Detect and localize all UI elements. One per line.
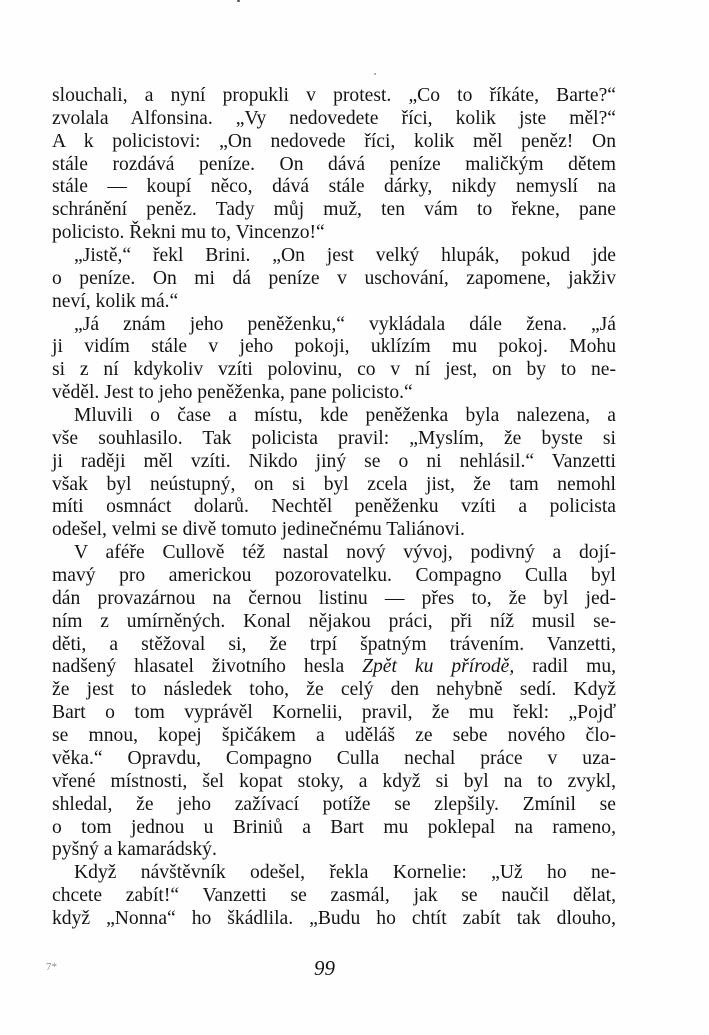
book-page: slouchali, a nyní propukli v protest. „C… [0,0,709,1035]
scan-speck [374,73,376,75]
text-line: pyšný a kamarádský. [52,839,616,862]
text-line: věděl. Jest to jeho peněženka, pane poli… [52,382,616,405]
text-line: míti osmnáct dolarů. Nechtěl peněženku v… [52,496,616,519]
text-line: neví, kolik má.“ [52,291,616,314]
body-text: slouchali, a nyní propukli v protest. „C… [52,85,616,931]
text-line: o peníze. On mi dá peníze v uschování, z… [52,268,616,291]
text-line: Když návštěvník odešel, řekla Kornelie: … [52,862,616,885]
text-line: se mnou, kopej špičákem a uděláš ze sebe… [52,725,616,748]
text-line: však byl neústupný, on si byl zcela jist… [52,474,616,497]
text-line: si z ní kdykoliv vzíti polovinu, co v ní… [52,359,616,382]
text-line: zvolala Alfonsina. „Vy nedovedete říci, … [52,108,616,131]
text-line: stále — koupí něco, dává stále dárky, ni… [52,176,616,199]
text-line: odešel, velmi se divě tomuto jedinečnému… [52,519,616,542]
text-line: mavý pro americkou pozorovatelku. Compag… [52,565,616,588]
text-line: že jest to následek toho, že celý den ne… [52,679,616,702]
text-line: slouchali, a nyní propukli v protest. „C… [52,85,616,108]
text-segment: nadšený hlasatel životního hesla [52,656,362,677]
text-line: Mluvili o čase a místu, kde peněženka by… [52,405,616,428]
text-line: děti, a stěžoval si, že trpí špatným trá… [52,634,616,657]
text-line: vše souhlasilo. Tak policista pravil: „M… [52,428,616,451]
text-line: Bart o tom vyprávěl Kornelii, pravil, že… [52,702,616,725]
text-line: A k policistovi: „On nedovede říci, koli… [52,131,616,154]
text-line: o tom jednou u Briniů a Bart mu poklepal… [52,817,616,840]
text-line: ním z umírněných. Konal nějakou práci, p… [52,611,616,634]
text-line: ji vidím stále v jeho pokoji, uklízím mu… [52,336,616,359]
text-segment: radil mu, [514,656,616,677]
text-line: shledal, že jeho zažívací potíže se zlep… [52,794,616,817]
text-line: schránění peněz. Tady můj muž, ten vám t… [52,199,616,222]
text-line: policisto. Řekni mu to, Vincenzo!“ [52,222,616,245]
text-line: „Jistě,“ řekl Brini. „On jest velký hlup… [52,245,616,268]
printer-signature-mark: 7* [46,961,57,973]
text-line: když „Nonna“ ho škádlila. „Budu ho chtít… [52,908,616,931]
text-line: stále rozdává peníze. On dává peníze mal… [52,154,616,177]
text-line: vřené místnosti, šel kopat stoky, a když… [52,771,616,794]
text-line: chcete zabít!“ Vanzetti se zasmál, jak s… [52,885,616,908]
text-line: „Já znám jeho peněženku,“ vykládala dále… [52,314,616,337]
italic-motto: Zpět ku přírodě, [362,656,514,677]
scan-speck [237,0,240,2]
text-line: dán provazárnou na černou listinu — přes… [52,588,616,611]
text-line: ji raději měl vzíti. Nikdo jiný se o ni … [52,451,616,474]
text-line: věka.“ Opravdu, Compagno Culla nechal pr… [52,748,616,771]
page-number: 99 [314,956,335,981]
text-line: V aféře Cullově též nastal nový vývoj, p… [52,542,616,565]
text-line-with-italic: nadšený hlasatel životního hesla Zpět ku… [52,656,616,679]
